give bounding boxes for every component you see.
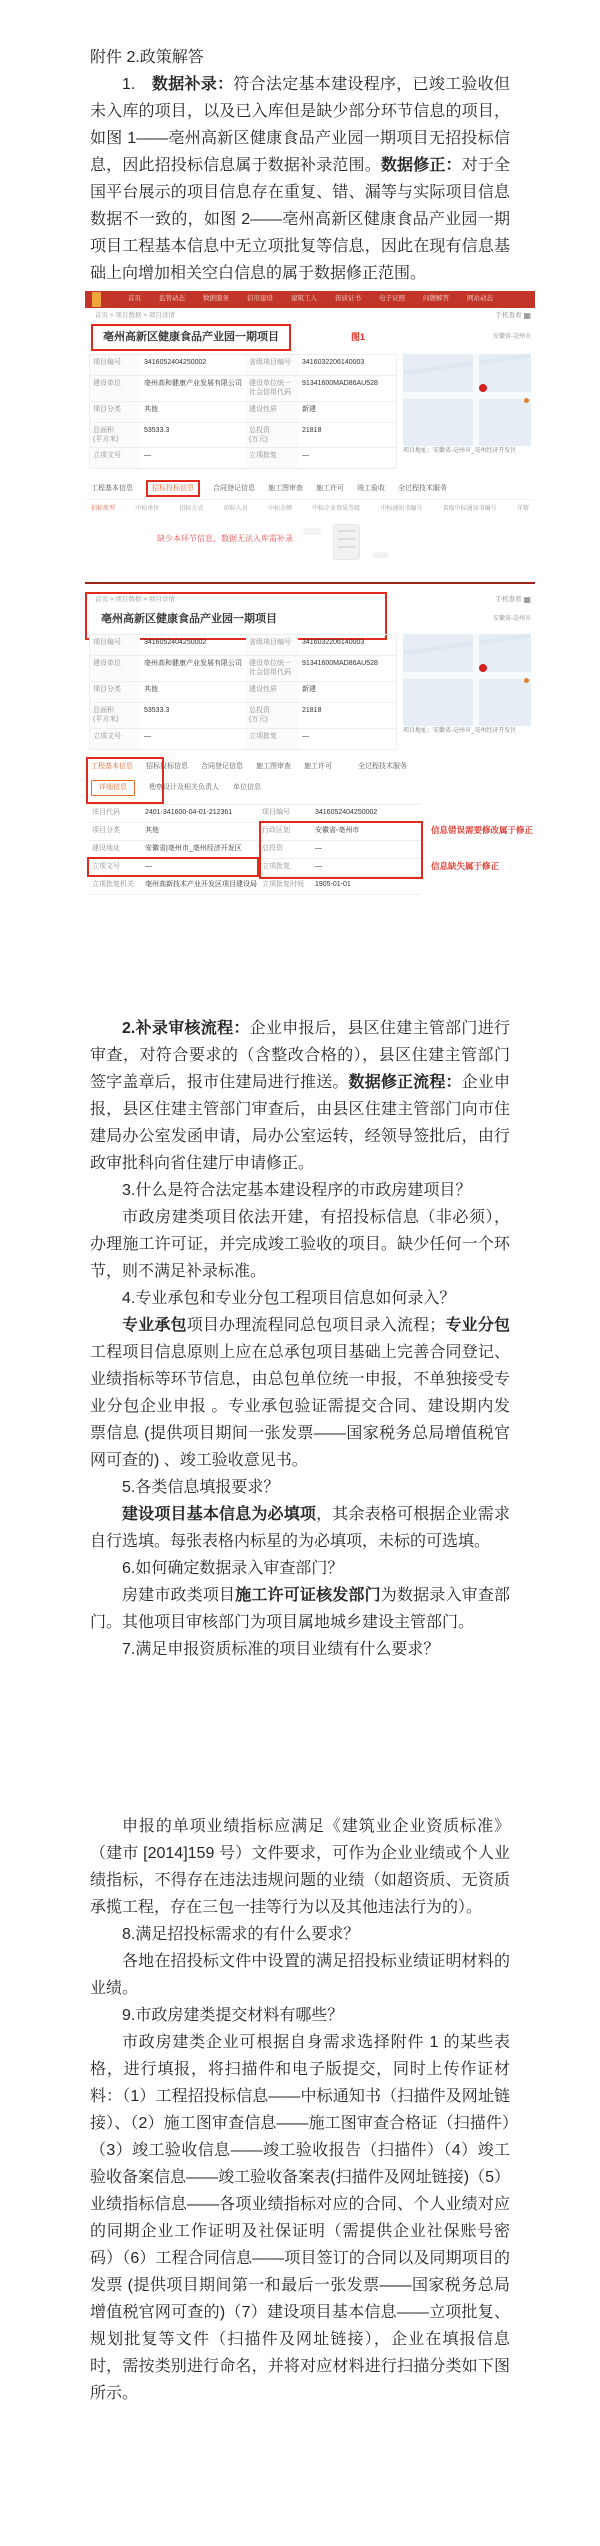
table-row: 总面积 (平方米)53533.3 总投资 (万元)21818 <box>90 703 396 729</box>
tab-tech-service[interactable]: 全过程技术服务 <box>358 762 407 771</box>
table-row: 建设单位亳州高和健康产业发展有限公司 建设单位统一 社会信用代码91341600… <box>90 656 396 682</box>
nav-item-qualification[interactable]: 资质证书 <box>326 295 370 304</box>
info-label: 立项文号 <box>90 729 140 749</box>
info-value: 新建 <box>298 682 396 702</box>
basic-info-detail-table: 项目代码2401-341600-04-01-212361 项目编号3416052… <box>89 804 421 895</box>
nav-item-news[interactable]: 监管动态 <box>150 295 194 304</box>
info-label: 省级项目编号 <box>246 355 298 375</box>
paragraph-2: 2.补录审核流程：企业申报后，县区住建主管部门进行审查，对符合要求的（含整改合格… <box>90 1015 510 1177</box>
term-permit-issuer: 施工许可证核发部门 <box>235 1587 381 1604</box>
info-label: 建设性质 <box>246 682 298 702</box>
nav-item-e-license[interactable]: 电子证照 <box>370 295 414 304</box>
term-specialty-subcontract: 专业分包 <box>445 1317 510 1334</box>
info-value: — <box>140 729 246 749</box>
mobile-view-link[interactable]: 手机查看▦ <box>495 311 531 322</box>
term-specialty-contract: 专业承包 <box>122 1317 187 1334</box>
answer-7: 申报的单项业绩指标应满足《建筑业企业资质标准》（建市 [2014]159 号）文… <box>90 1813 510 1921</box>
table-row: 立项批复机关亳州高新技术产业开发区项目建设局 立项批复时间1905-01-01 <box>89 877 421 895</box>
info-label: 建设地址 <box>89 844 141 853</box>
tab-contract-info[interactable]: 合同登记信息 <box>213 484 255 493</box>
column-header: 招标方式 <box>179 505 203 513</box>
cloud-icon <box>373 552 389 558</box>
table-row: 建设地址安徽省|亳州市_亳州经济开发区 总投资— <box>89 841 421 859</box>
survey-design-link[interactable]: 勘察设计及相关负责人 <box>149 783 219 792</box>
tab-bidding-info[interactable]: 招标投标信息 <box>146 480 200 497</box>
page-gap <box>0 1663 600 1813</box>
page-gap <box>0 895 600 1015</box>
empty-state-note: 缺少本环节信息，数据无法入库需补录 <box>157 534 293 545</box>
info-label: 立项批复时间 <box>259 880 311 889</box>
nav-item-home[interactable]: 首页 <box>119 295 150 304</box>
table-row: 项目编号3416052404250002 省级项目编号3416032206140… <box>90 355 396 376</box>
map-caption: 项目地址：安徽省-亳州市_亳州经济开发区 <box>403 448 531 456</box>
project-info-table: 项目编号3416052404250002 省级项目编号3416032206140… <box>89 354 397 470</box>
info-value: 3416032206140003 <box>298 635 396 655</box>
tab-basic-info[interactable]: 工程基本信息 <box>91 484 133 493</box>
breadcrumb[interactable]: 首页 > 项目数据 > 项目详情 <box>95 596 175 605</box>
info-value: — <box>140 448 246 468</box>
info-value: — <box>141 862 259 871</box>
info-value: 91341600MAD86AU528 <box>298 376 396 401</box>
info-label: 项目编号 <box>259 808 311 817</box>
page-divider <box>85 582 535 584</box>
table-row: 立项文号— 立项批复— <box>90 729 396 750</box>
info-label: 立项批复 <box>259 862 311 871</box>
tab-completion-acceptance[interactable]: 竣工验收 <box>357 484 385 493</box>
detail-tabs: 工程基本信息 招标投标信息 合同登记信息 施工图审查 施工许可 竣工验收 全过程… <box>85 472 535 499</box>
tab-construction-permit[interactable]: 施工许可 <box>304 762 332 771</box>
subtab-row: 详细信息 勘察设计及相关负责人 单位信息 <box>85 775 535 801</box>
info-value: — <box>298 448 396 468</box>
info-label: 行政区划 <box>259 826 311 835</box>
term-required-fields: 建设项目基本信息为必填项 <box>122 1506 316 1523</box>
tab-bidding-info[interactable]: 招标投标信息 <box>146 762 188 771</box>
question-8: 8.满足招投标需求的有什么要求？ <box>90 1921 510 1948</box>
term-review-flow: 2.补录审核流程： <box>122 1020 250 1037</box>
info-label: 项目分类 <box>89 826 141 835</box>
answer-4: 专业承包项目办理流程同总包项目录入流程；专业分包工程项目信息原则上应在总承包项目… <box>90 1312 510 1474</box>
column-header: 中标单位 <box>135 505 159 513</box>
column-header: 省级中标通知书编号 <box>443 505 497 513</box>
column-header: 招标人员 <box>224 505 248 513</box>
figure-1-screenshot: 首页 监管动态 数据服务 信用建设 建筑工人 资质证书 电子证照 问题解答 网站… <box>85 291 535 584</box>
paragraph-1: 1. 数据补录：符合法定基本建设程序，已竣工验收但未入库的项目，以及已入库但是缺… <box>90 71 510 287</box>
map-road <box>473 634 479 726</box>
info-value: 安徽省|亳州市_亳州经济开发区 <box>141 844 259 853</box>
table-row: 项目分类其他 建设性质新建 <box>90 682 396 703</box>
info-label: 项目分类 <box>90 402 140 422</box>
project-info-section: 项目编号3416052404250002 省级项目编号3416032206140… <box>85 634 535 752</box>
project-title: 亳州高新区健康食品产业园一期项目 <box>101 613 277 625</box>
info-label: 总投资 (万元) <box>246 703 298 728</box>
column-header: 中标企业资质等级 <box>312 505 360 513</box>
term-data-supplement: 数据补录： <box>152 76 233 93</box>
info-label: 立项批复机关 <box>89 880 141 889</box>
project-title: 亳州高新区健康食品产业园一期项目 <box>103 331 279 343</box>
mobile-view-link[interactable]: 手机查看▦ <box>495 595 531 606</box>
table-row: 项目编号3416052404250002 省级项目编号3416032206140… <box>90 635 396 656</box>
info-value: 新建 <box>298 402 396 422</box>
bidding-table-header: 招标类型 中标单位 招标方式 招标人员 中标金额 中标企业资质等级 中标通知书编… <box>85 499 535 518</box>
info-value: 91341600MAD86AU528 <box>298 656 396 681</box>
column-header: 中标通知书编号 <box>380 505 422 513</box>
tab-contract-info[interactable]: 合同登记信息 <box>201 762 243 771</box>
info-value: 2401-341600-04-01-212361 <box>141 808 259 817</box>
info-value: 21818 <box>298 423 396 448</box>
map-road <box>403 354 531 376</box>
nav-item-site-news[interactable]: 网站动态 <box>458 295 502 304</box>
info-value: 亳州高和健康产业发展有限公司 <box>140 376 246 401</box>
answer-9: 市政房建类企业可根据自身需求选择附件 1 的某些表格，进行填报，将扫描件和电子版… <box>90 2029 510 2407</box>
region-label: 安徽省-亳州市 <box>493 333 531 341</box>
info-label: 建设单位统一 社会信用代码 <box>246 656 298 681</box>
info-value: 安徽省-亳州市 <box>311 826 421 835</box>
annotation-missing-info: 信息缺失属于修正 <box>431 861 499 872</box>
item-number: 1. <box>122 76 152 93</box>
project-location-map[interactable] <box>403 354 531 446</box>
info-value: 亳州高新技术产业开发区项目建设局 <box>141 880 259 889</box>
table-row: 立项文号— 立项批复— <box>90 448 396 469</box>
question-7: 7.满足申报资质标准的项目业绩有什么要求？ <box>90 1636 510 1663</box>
annotation-wrong-info: 信息错误需要修改属于修正 <box>431 825 533 836</box>
info-label: 项目代码 <box>89 808 141 817</box>
question-5: 5.各类信息填报要求？ <box>90 1474 510 1501</box>
table-row: 立项文号— 立项批复— <box>89 859 421 877</box>
info-value: 3416032206140003 <box>298 355 396 375</box>
qr-code-icon: ▦ <box>523 595 531 606</box>
detail-tabs: 工程基本信息 招标投标信息 合同登记信息 施工图审查 施工许可 全过程技术服务 <box>85 752 535 775</box>
site-logo-icon <box>92 292 101 307</box>
empty-state: 缺少本环节信息，数据无法入库需补录 <box>85 518 535 576</box>
tab-drawing-review[interactable]: 施工图审查 <box>256 762 291 771</box>
info-label: 建设单位 <box>90 656 140 681</box>
answer-4-text-2: 工程项目信息原则上应在总承包项目基础上完善合同登记、业绩指标等环节信息，由总包单… <box>90 1344 510 1469</box>
table-row: 项目分类其他 行政区划安徽省-亳州市 <box>89 823 421 841</box>
tab-drawing-review[interactable]: 施工图审查 <box>268 484 303 493</box>
table-row: 项目代码2401-341600-04-01-212361 项目编号3416052… <box>89 805 421 823</box>
empty-document-icon <box>333 524 360 560</box>
map-road <box>403 392 531 399</box>
term-correction-flow: 数据修正流程： <box>349 1074 462 1091</box>
map-caption: 项目地址：安徽省-亳州市_亳州经济开发区 <box>403 728 531 736</box>
answer-3: 市政房建类项目依法开建，有招投标信息（非必须），办理施工许可证，并完成竣工验收的… <box>90 1204 510 1285</box>
mobile-view-label: 手机查看 <box>495 596 521 605</box>
tab-construction-permit[interactable]: 施工许可 <box>316 484 344 493</box>
map-road <box>403 672 531 679</box>
project-info-section: 项目编号3416052404250002 省级项目编号3416032206140… <box>85 354 535 472</box>
info-value: 3416052404250002 <box>140 355 246 375</box>
info-label: 总投资 <box>259 844 311 853</box>
detail-info-button[interactable]: 详细信息 <box>91 780 135 795</box>
mobile-view-label: 手机查看 <box>495 312 521 321</box>
map-marker-icon <box>524 678 529 683</box>
breadcrumb[interactable]: 首页 > 项目数据 > 项目详情 <box>95 312 175 321</box>
column-header: 详情 <box>517 505 529 513</box>
info-value: — <box>311 844 421 853</box>
info-label: 总面积 (平方米) <box>90 703 140 728</box>
map-marker-icon <box>524 398 529 403</box>
map-pin-icon <box>479 664 487 672</box>
info-label: 项目分类 <box>90 682 140 702</box>
table-row: 建设单位亳州高和健康产业发展有限公司 建设单位统一 社会信用代码91341600… <box>90 376 396 402</box>
nav-item-data-service[interactable]: 数据服务 <box>194 295 238 304</box>
term-data-correction: 数据修正： <box>381 157 462 174</box>
question-4: 4.专业承包和专业分包工程项目信息如何录入？ <box>90 1285 510 1312</box>
info-label: 项目编号 <box>90 355 140 375</box>
answer-4-text-1: 项目办理流程同总包项目录入流程； <box>187 1317 446 1334</box>
info-label: 总面积 (平方米) <box>90 423 140 448</box>
project-info-table: 项目编号3416052404250002 省级项目编号3416032206140… <box>89 634 397 750</box>
table-row: 总面积 (平方米)53533.3 总投资 (万元)21818 <box>90 423 396 449</box>
answer-5: 建设项目基本信息为必填项，其余表格可根据企业需求自行选填。每张表格内标星的为必填… <box>90 1501 510 1555</box>
map-pin-icon <box>479 384 487 392</box>
nav-item-faq[interactable]: 问题解答 <box>414 295 458 304</box>
doc-title: 附件 2.政策解答 <box>90 44 510 71</box>
column-header: 中标金额 <box>268 505 292 513</box>
info-value: 3416052404250002 <box>311 808 421 817</box>
paragraph-1-text-2: 对于全国平台展示的项目信息存在重复、错、漏等与实际项目信息数据不一致的，如图 2… <box>90 157 510 282</box>
figure-2-screenshot: 首页 > 项目数据 > 项目详情 手机查看▦ 亳州高新区健康食品产业园一期项目 … <box>85 592 535 895</box>
info-label: 建设单位 <box>90 376 140 401</box>
project-location-map[interactable] <box>403 634 531 726</box>
answer-6-text-1: 房建市政类项目 <box>122 1587 235 1604</box>
region-label: 安徽省-亳州市 <box>493 615 531 623</box>
info-label: 立项批复 <box>246 448 298 468</box>
question-3: 3.什么是符合法定基本建设程序的市政房建项目？ <box>90 1177 510 1204</box>
qr-code-icon: ▦ <box>523 311 531 322</box>
figure-1-label: 图1 <box>351 331 365 343</box>
info-label: 立项文号 <box>89 862 141 871</box>
info-value: 53533.3 <box>140 423 246 448</box>
map-road <box>473 354 479 446</box>
question-9: 9.市政房建类提交材料有哪些？ <box>90 2002 510 2029</box>
answer-6: 房建市政类项目施工许可证核发部门为数据录入审查部门。其他项目审核部门为项目属地城… <box>90 1582 510 1636</box>
info-label: 立项文号 <box>90 448 140 468</box>
info-value: 亳州高和健康产业发展有限公司 <box>140 656 246 681</box>
cloud-icon <box>303 528 321 535</box>
info-label: 总投资 (万元) <box>246 423 298 448</box>
answer-8: 各地在招投标文件中设置的满足招投标业绩证明材料的业绩。 <box>90 1948 510 2002</box>
map-road <box>403 634 531 656</box>
info-value: — <box>298 729 396 749</box>
info-value: 其他 <box>140 682 246 702</box>
column-header: 招标类型 <box>91 505 115 513</box>
table-row: 项目分类其他 建设性质新建 <box>90 402 396 423</box>
info-label: 立项批复 <box>246 729 298 749</box>
info-value: 其他 <box>141 826 259 835</box>
document-page: 附件 2.政策解答 1. 数据补录：符合法定基本建设程序，已竣工验收但未入库的项… <box>0 0 600 2546</box>
project-title-wrap: 亳州高新区健康食品产业园一期项目 <box>91 608 287 631</box>
info-label: 省级项目编号 <box>246 635 298 655</box>
tab-tech-service[interactable]: 全过程技术服务 <box>398 484 447 493</box>
unit-info-link[interactable]: 单位信息 <box>233 783 261 792</box>
info-label: 建设性质 <box>246 402 298 422</box>
info-label: 建设单位统一 社会信用代码 <box>246 376 298 401</box>
nav-item-credit[interactable]: 信用建设 <box>238 295 282 304</box>
info-value: — <box>311 862 421 871</box>
site-nav-bar: 首页 监管动态 数据服务 信用建设 建筑工人 资质证书 电子证照 问题解答 网站… <box>85 291 535 308</box>
question-6: 6.如何确定数据录入审查部门？ <box>90 1555 510 1582</box>
nav-item-workers[interactable]: 建筑工人 <box>282 295 326 304</box>
info-value: 3416052404250002 <box>140 635 246 655</box>
info-value: 53533.3 <box>140 703 246 728</box>
info-label: 项目编号 <box>90 635 140 655</box>
info-value: 1905-01-01 <box>311 880 421 889</box>
info-value: 其他 <box>140 402 246 422</box>
tab-basic-info[interactable]: 工程基本信息 <box>91 762 133 771</box>
project-title-highlight-box: 亳州高新区健康食品产业园一期项目 <box>91 324 291 351</box>
info-value: 21818 <box>298 703 396 728</box>
